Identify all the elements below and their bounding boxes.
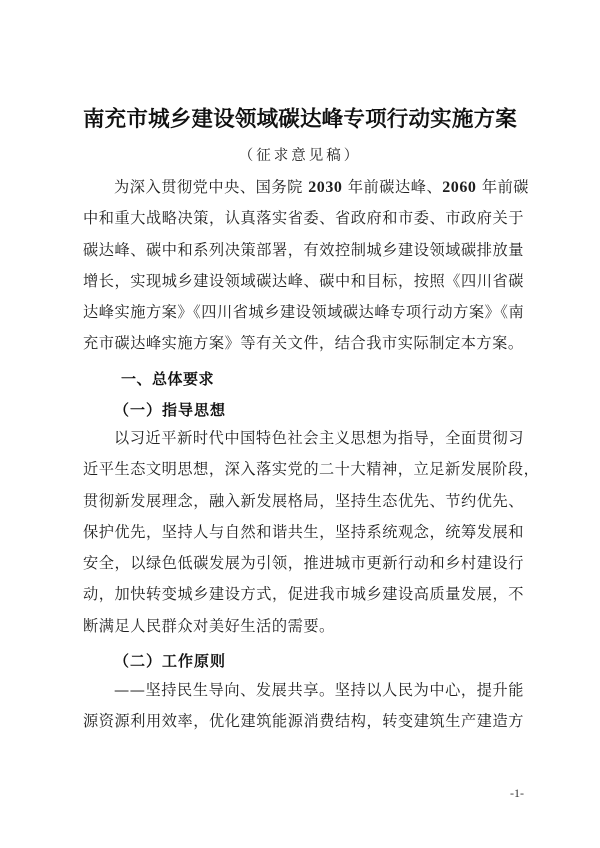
ideology-line-1: 以习近平新时代中国特色社会主义思想为指导，全面贯彻习: [83, 423, 524, 454]
intro-line-4: 增长，实现城乡建设领域碳达峰、碳中和目标，按照《四川省碳: [83, 266, 524, 297]
intro-line-6: 充市碳达峰实施方案》等有关文件，结合我市实际制定本方案。: [83, 328, 524, 359]
guiding-ideology-paragraph: 以习近平新时代中国特色社会主义思想为指导，全面贯彻习 近平生态文明思想，深入落实…: [83, 423, 524, 642]
document-page: 南充市城乡建设领域碳达峰专项行动实施方案 （征求意见稿） 为深入贯彻党中央、国务…: [0, 0, 600, 848]
principles-line-1: ——坚持民生导向、发展共享。坚持以人民为中心，提升能: [83, 675, 524, 706]
ideology-line-3: 贯彻新发展理念，融入新发展格局，坚持生态优先、节约优先、: [83, 486, 524, 517]
year-2060: 2060: [442, 179, 476, 196]
page-number: -1-: [510, 786, 524, 801]
intro-line-1-part-1: 为深入贯彻党中央、国务院: [114, 178, 308, 196]
ideology-line-4: 保护优先，坚持人与自然和谐共生，坚持系统观念，统筹发展和: [83, 517, 524, 548]
intro-paragraph: 为深入贯彻党中央、国务院 2030 年前碳达峰、2060 年前碳 中和重大战略决…: [83, 172, 524, 360]
ideology-line-2: 近平生态文明思想，深入落实党的二十大精神，立足新发展阶段，: [83, 454, 524, 485]
principles-line-2: 源资源利用效率，优化建筑能源消费结构，转变建筑生产建造方: [83, 706, 524, 737]
working-principles-paragraph: ——坚持民生导向、发展共享。坚持以人民为中心，提升能 源资源利用效率，优化建筑能…: [83, 675, 524, 738]
document-subtitle: （征求意见稿）: [60, 145, 540, 167]
subsection-heading-guiding-ideology: （一）指导思想: [114, 399, 226, 421]
intro-line-5: 达峰实施方案》《四川省城乡建设领域碳达峰专项行动方案》《南: [83, 297, 524, 328]
ideology-line-5: 安全，以绿色低碳发展为引领，推进城市更新行动和乡村建设行: [83, 548, 524, 579]
document-title: 南充市城乡建设领域碳达峰专项行动实施方案: [60, 106, 540, 134]
intro-line-1-part-5: 年前碳: [476, 178, 529, 196]
intro-line-2: 中和重大战略决策，认真落实省委、省政府和市委、市政府关于: [83, 203, 524, 234]
section-heading-overall-requirements: 一、总体要求: [121, 368, 214, 390]
intro-line-1-part-3: 年前碳达峰、: [342, 178, 442, 196]
subsection-heading-working-principles: （二）工作原则: [114, 650, 226, 672]
intro-line-1: 为深入贯彻党中央、国务院 2030 年前碳达峰、2060 年前碳: [83, 172, 524, 203]
year-2030: 2030: [308, 179, 342, 196]
ideology-line-6: 动，加快转变城乡建设方式，促进我市城乡建设高质量发展，不: [83, 579, 524, 610]
ideology-line-7: 断满足人民群众对美好生活的需要。: [83, 611, 524, 642]
intro-line-3: 碳达峰、碳中和系列决策部署，有效控制城乡建设领域碳排放量: [83, 235, 524, 266]
